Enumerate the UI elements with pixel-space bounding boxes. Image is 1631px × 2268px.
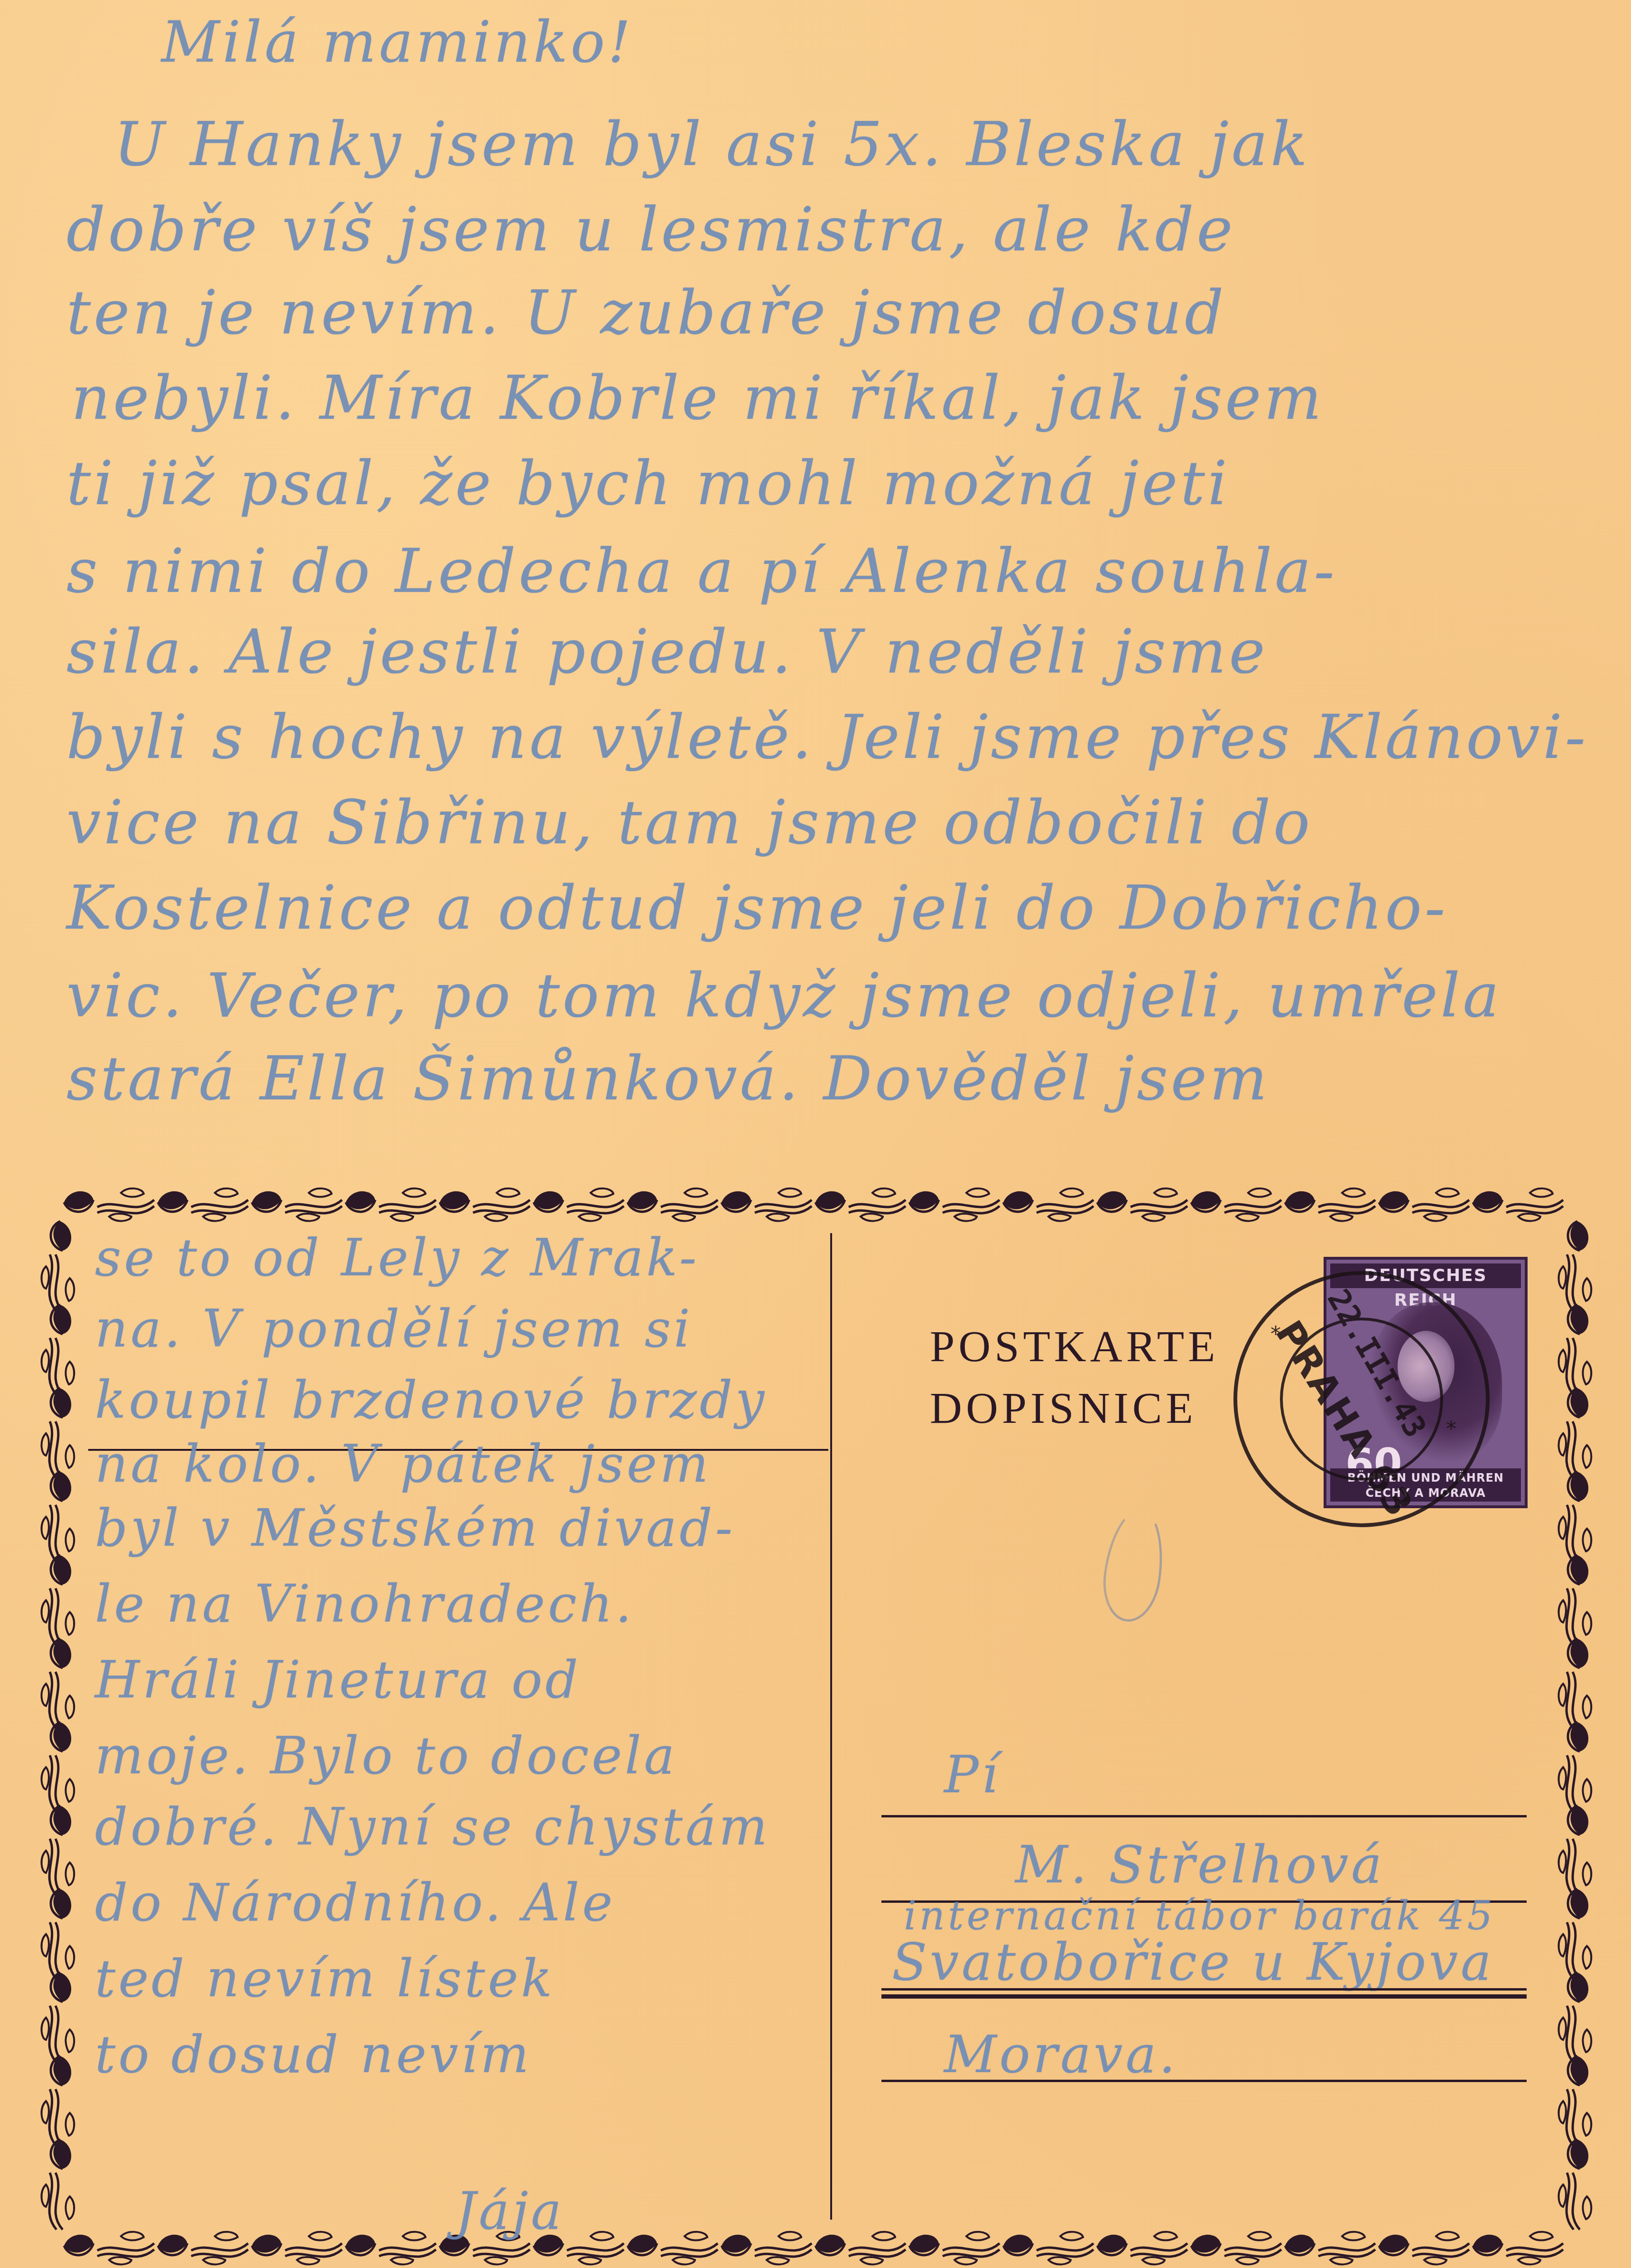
leaf-ornament-icon [815, 2232, 906, 2265]
letter-line: stará Ella Šimůnková. Dověděl jsem [66, 1043, 1270, 1114]
leaf-ornament-icon [42, 1388, 74, 1478]
leaf-ornament-icon [628, 2232, 718, 2265]
leaf-ornament-icon [252, 2232, 342, 2265]
leaf-ornament-icon [1559, 2056, 1592, 2146]
leaf-ornament-icon [722, 1189, 812, 1221]
leaf-ornament-icon [346, 2232, 436, 2265]
postmark-star-icon: * [1446, 1417, 1456, 1441]
leaf-ornament-icon [42, 1472, 74, 1562]
leaf-ornament-icon [534, 1189, 624, 1221]
leaf-ornament-icon [158, 1189, 248, 1221]
card-message-line: koupil brzdenové brzdy [95, 1371, 767, 1430]
card-message-line: na. V pondělí jsem si [95, 1300, 693, 1359]
address-rule-3 [881, 1988, 1527, 1991]
card-message-line: le na Vinohradech. [95, 1575, 634, 1634]
leaf-ornament-icon [1003, 1189, 1094, 1221]
card-vertical-divider [830, 1233, 832, 2220]
leaf-ornament-icon [1191, 2232, 1281, 2265]
card-message-line: se to od Lely z Mrak- [95, 1228, 699, 1288]
postmark-star-icon: * [1270, 1322, 1281, 1346]
leaf-ornament-icon [1559, 1555, 1592, 1645]
leaf-ornament-icon [1559, 1639, 1592, 1729]
leaf-ornament-icon [252, 1189, 342, 1221]
card-message-line: to dosud nevím [95, 2025, 532, 2084]
address-rule-4 [881, 2080, 1527, 2082]
leaf-ornament-icon [815, 1189, 906, 1221]
address-region: Morava. [944, 2025, 1178, 2084]
leaf-ornament-icon [1473, 2232, 1563, 2265]
leaf-ornament-icon [1097, 2232, 1187, 2265]
letter-greeting: Milá maminko! [161, 9, 633, 75]
letter-line: dobře víš jsem u lesmistra, ale kde [66, 194, 1235, 265]
leaf-ornament-icon [1379, 2232, 1469, 2265]
address-rule-3-double [881, 1994, 1527, 1999]
card-title-czech: DOPISNICE [930, 1383, 1197, 1434]
card-message-line: na kolo. V pátek jsem [95, 1435, 711, 1494]
card-message-line: Hráli Jinetura od [95, 1650, 581, 1710]
leaf-ornament-icon [1559, 1221, 1592, 1311]
leaf-ornament-icon [1559, 1305, 1592, 1395]
letter-line: nebyli. Míra Kobrle mi říkal, jak jsem [71, 363, 1325, 433]
letter-line: ten je nevím. U zubaře jsme dosud [66, 277, 1226, 348]
letter-line: U Hanky jsem byl asi 5x. Bleska jak [114, 109, 1310, 180]
leaf-ornament-icon [628, 1189, 718, 1221]
card-message-line: byl v Městském divad- [95, 1499, 735, 1558]
leaf-ornament-icon [1191, 1189, 1281, 1221]
letter-line: vic. Večer, po tom když jsme odjeli, umř… [66, 960, 1502, 1031]
signature: Jája [455, 2182, 565, 2241]
leaf-ornament-icon [64, 1189, 154, 1221]
letter-line: Kostelnice a odtud jsme jeli do Dobřicho… [66, 873, 1448, 943]
leaf-ornament-icon [42, 1305, 74, 1395]
leaf-ornament-icon [1285, 2232, 1375, 2265]
leaf-ornament-icon [1097, 1189, 1187, 1221]
leaf-ornament-icon [42, 2056, 74, 2146]
leaf-ornament-icon [42, 1639, 74, 1729]
leaf-ornament-icon [1559, 2139, 1592, 2230]
leaf-ornament-icon [42, 1555, 74, 1645]
leaf-ornament-icon [1003, 2232, 1094, 2265]
leaf-ornament-icon [42, 1221, 74, 1311]
leaf-ornament-icon [1559, 1388, 1592, 1478]
leaf-ornament-icon [42, 1889, 74, 1979]
leaf-ornament-icon [1559, 1722, 1592, 1812]
leaf-ornament-icon [722, 2232, 812, 2265]
card-title-german: POSTKARTE [930, 1321, 1219, 1372]
letter-line: byli s hochy na výletě. Jeli jsme přes K… [66, 702, 1588, 773]
leaf-ornament-icon [42, 1806, 74, 1896]
card-message-line: ted nevím lístek [95, 1949, 555, 2009]
leaf-ornament-icon [1559, 1889, 1592, 1979]
card-message-line: dobré. Nyní se chystám [95, 1798, 770, 1857]
leaf-ornament-icon [42, 1722, 74, 1812]
leaf-ornament-icon [1473, 1189, 1563, 1221]
letter-line: vice na Sibřinu, tam jsme odbočili do [66, 787, 1313, 858]
address-line-2: Svatobořice u Kyjova [892, 1933, 1494, 1992]
leaf-ornament-icon [158, 2232, 248, 2265]
leaf-ornament-icon [1559, 1806, 1592, 1896]
letter-line: sila. Ale jestli pojedu. V neděli jsme [66, 617, 1268, 687]
leaf-ornament-icon [42, 1973, 74, 2063]
postmark-cancel: 22.III.43 PRAHA 63 * * [1233, 1271, 1490, 1527]
letter-line: s nimi do Ledecha a pí Alenka souhla- [66, 536, 1337, 607]
address-name: M. Střelhová [1015, 1835, 1385, 1895]
address-rule-1 [881, 1815, 1527, 1817]
leaf-ornament-icon [1285, 1189, 1375, 1221]
address-line-1: internační tábor barák 45 [904, 1892, 1495, 1939]
address-salutation: Pí [944, 1745, 1001, 1805]
leaf-ornament-icon [42, 2139, 74, 2230]
leaf-ornament-icon [1559, 1472, 1592, 1562]
leaf-ornament-icon [346, 1189, 436, 1221]
leaf-ornament-icon [1559, 1973, 1592, 2063]
card-message-line: moje. Bylo to docela [95, 1726, 677, 1786]
letter-line: ti již psal, že bych mohl možná jeti [66, 448, 1230, 519]
card-message-line: do Národního. Ale [95, 1873, 615, 1933]
leaf-ornament-icon [440, 1189, 530, 1221]
leaf-ornament-icon [909, 2232, 1000, 2265]
leaf-ornament-icon [909, 1189, 1000, 1221]
leaf-ornament-icon [1379, 1189, 1469, 1221]
leaf-ornament-icon [64, 2232, 154, 2265]
